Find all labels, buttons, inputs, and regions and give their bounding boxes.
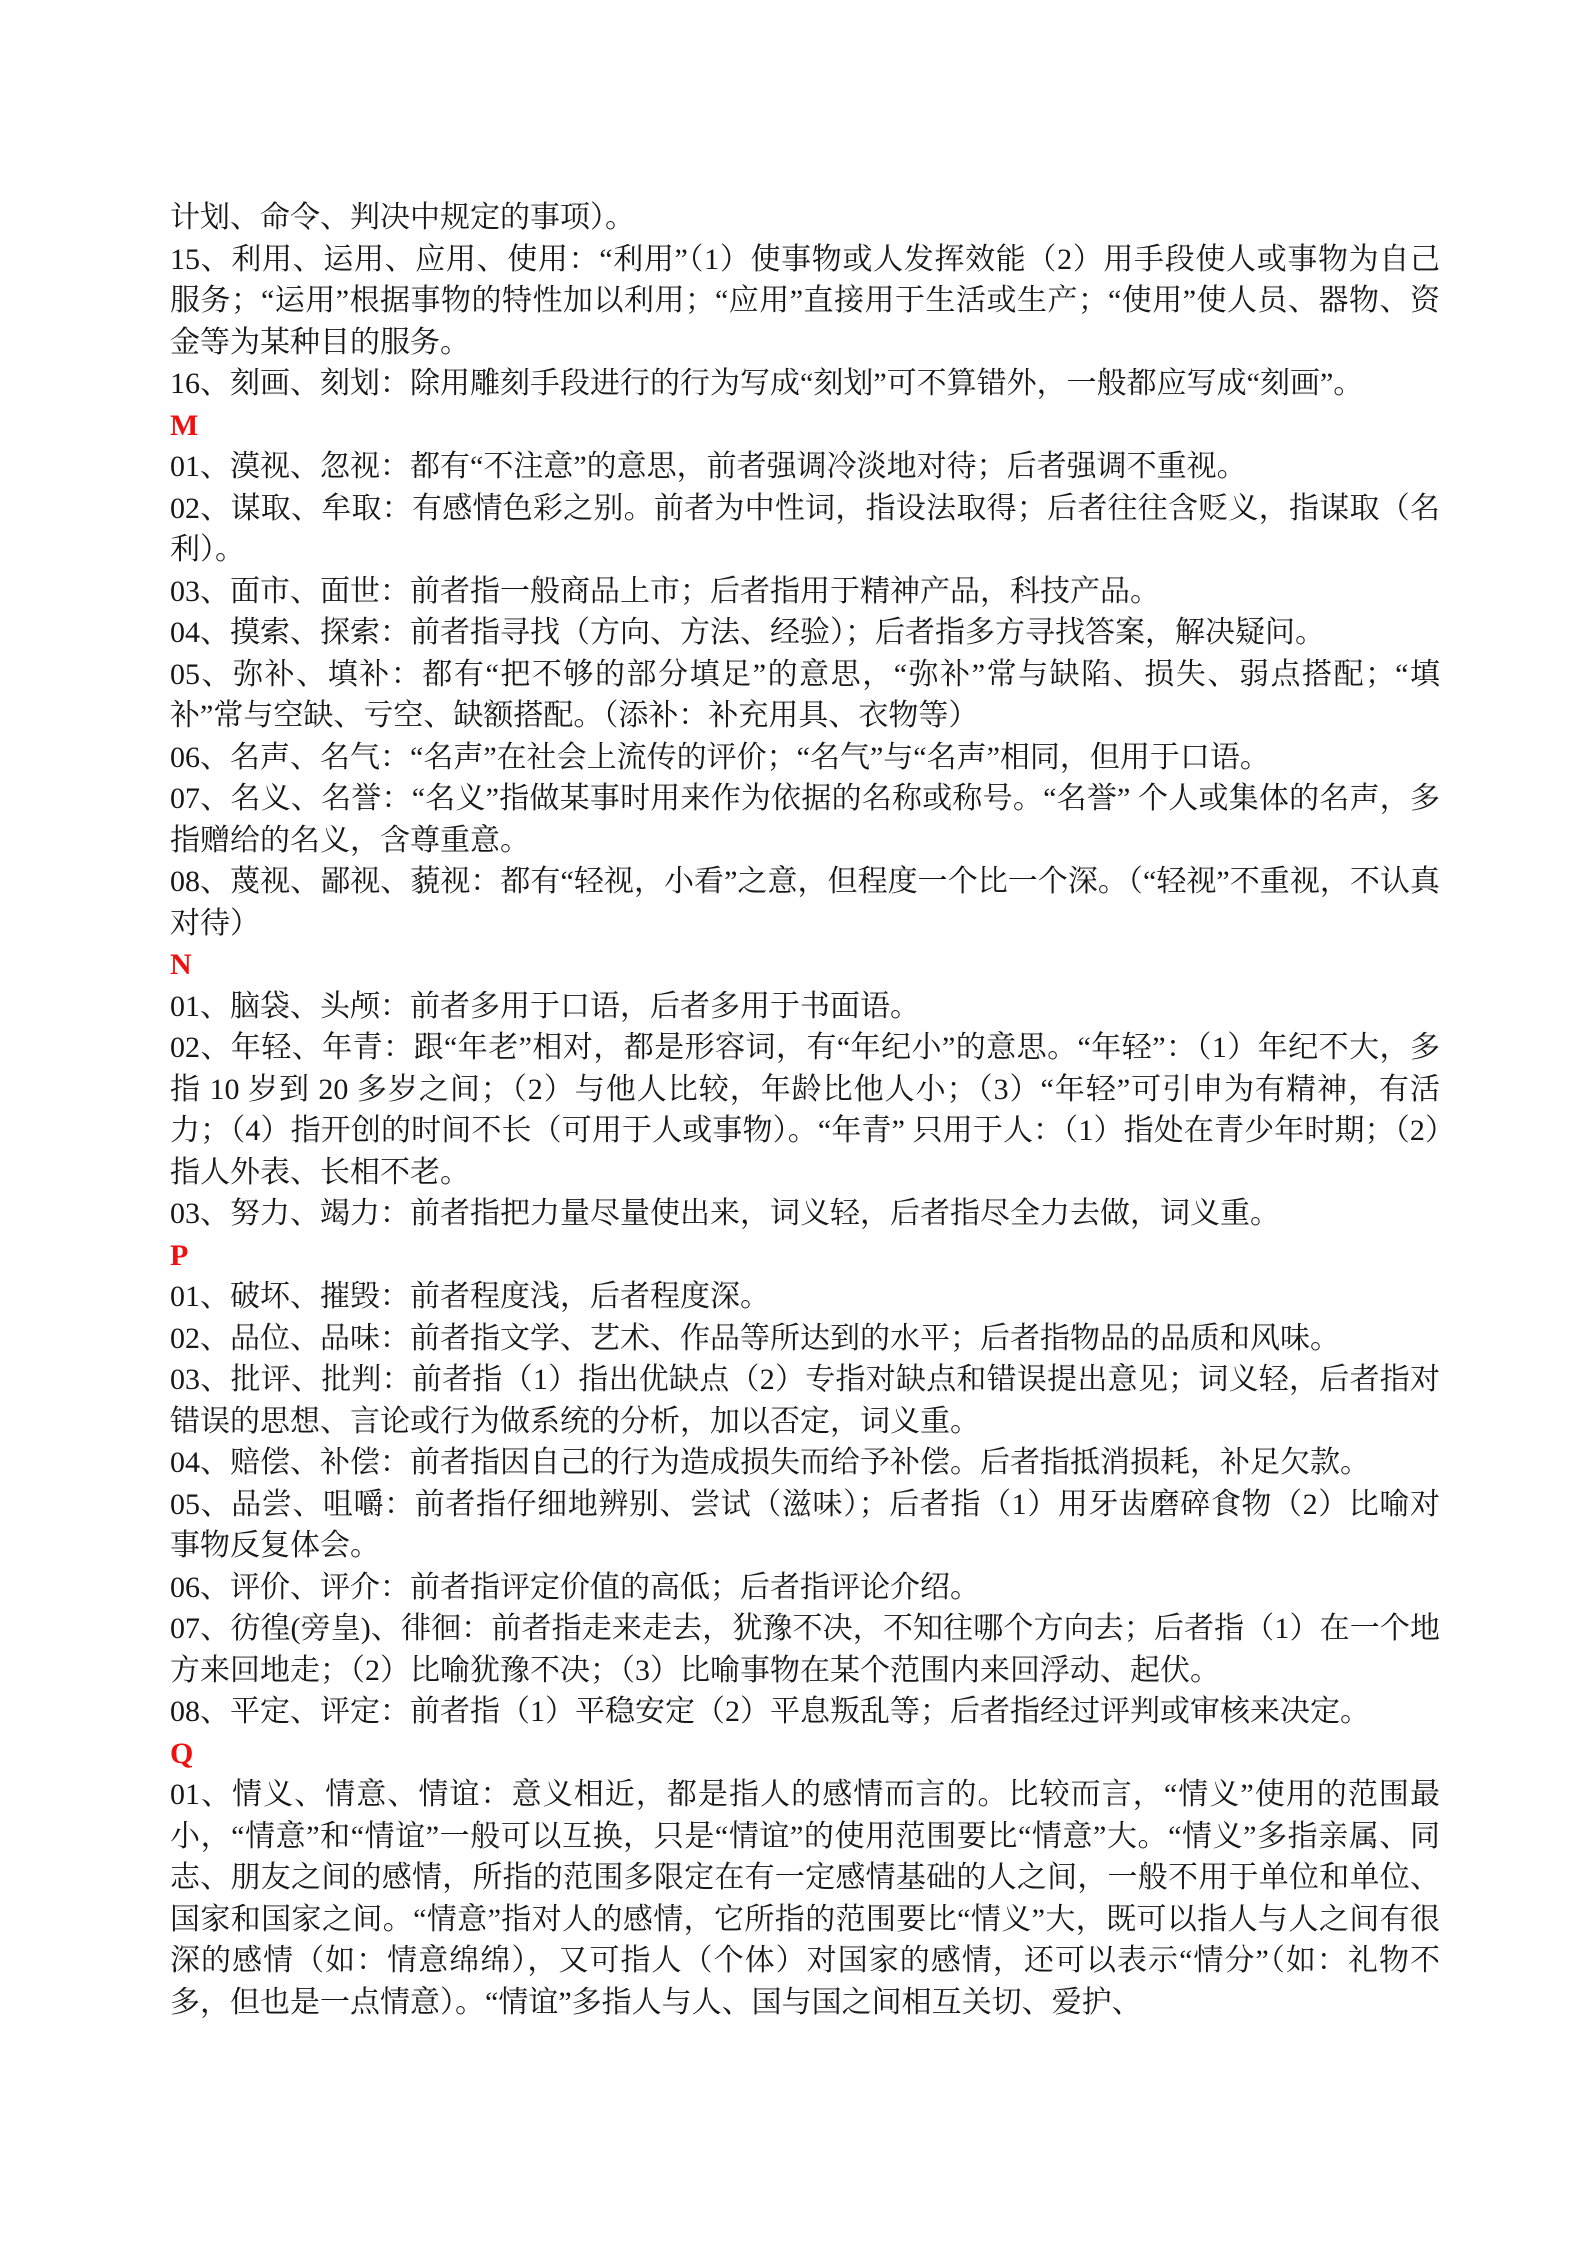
body-paragraph: 01、破坏、摧毁：前者程度浅，后者程度深。: [170, 1276, 1440, 1318]
body-paragraph: 07、彷徨(旁皇)、徘徊：前者指走来走去，犹豫不决，不知往哪个方向去；后者指（1…: [170, 1608, 1440, 1691]
document-page-content: 计划、命令、判决中规定的事项）。15、利用、运用、应用、使用：“利用”（1）使事…: [170, 197, 1440, 2023]
body-paragraph: 04、摸索、探索：前者指寻找（方向、方法、经验）；后者指多方寻找答案，解决疑问。: [170, 612, 1440, 654]
body-paragraph: 02、年轻、年青：跟“年老”相对，都是形容词，有“年纪小”的意思。“年轻”：（1…: [170, 1027, 1440, 1193]
body-paragraph: 16、刻画、刻划：除用雕刻手段进行的行为写成“刻划”可不算错外，一般都应写成“刻…: [170, 363, 1440, 405]
body-paragraph: 03、批评、批判：前者指（1）指出优缺点（2）专指对缺点和错误提出意见；词义轻，…: [170, 1359, 1440, 1442]
body-paragraph: 08、蔑视、鄙视、藐视：都有“轻视，小看”之意，但程度一个比一个深。（“轻视”不…: [170, 861, 1440, 944]
body-paragraph: 04、赔偿、补偿：前者指因自己的行为造成损失而给予补偿。后者指抵消损耗，补足欠款…: [170, 1442, 1440, 1484]
body-paragraph: 15、利用、运用、应用、使用：“利用”（1）使事物或人发挥效能（2）用手段使人或…: [170, 239, 1440, 364]
body-paragraph: 02、品位、品味：前者指文学、艺术、作品等所达到的水平；后者指物品的品质和风味。: [170, 1318, 1440, 1360]
section-letter-heading: Q: [170, 1733, 1440, 1775]
body-paragraph: 01、脑袋、头颅：前者多用于口语，后者多用于书面语。: [170, 986, 1440, 1028]
body-paragraph: 02、谋取、牟取：有感情色彩之别。前者为中性词，指设法取得；后者往往含贬义，指谋…: [170, 488, 1440, 571]
section-letter-heading: P: [170, 1235, 1440, 1277]
body-paragraph: 01、漠视、忽视：都有“不注意”的意思，前者强调冷淡地对待；后者强调不重视。: [170, 446, 1440, 488]
section-letter-heading: N: [170, 944, 1440, 986]
body-paragraph: 06、评价、评介：前者指评定价值的高低；后者指评论介绍。: [170, 1567, 1440, 1609]
body-paragraph: 08、平定、评定：前者指（1）平稳安定（2）平息叛乱等；后者指经过评判或审核来决…: [170, 1691, 1440, 1733]
section-letter-heading: M: [170, 405, 1440, 447]
body-paragraph: 05、弥补、填补：都有“把不够的部分填足”的意思，“弥补”常与缺陷、损失、弱点搭…: [170, 654, 1440, 737]
body-paragraph: 03、面市、面世：前者指一般商品上市；后者指用于精神产品，科技产品。: [170, 571, 1440, 613]
body-paragraph: 03、努力、竭力：前者指把力量尽量使出来，词义轻，后者指尽全力去做，词义重。: [170, 1193, 1440, 1235]
body-paragraph: 01、情义、情意、情谊：意义相近，都是指人的感情而言的。比较而言，“情义”使用的…: [170, 1774, 1440, 2023]
body-paragraph: 05、品尝、咀嚼：前者指仔细地辨别、尝试（滋味）；后者指（1）用牙齿磨碎食物（2…: [170, 1484, 1440, 1567]
body-paragraph: 06、名声、名气：“名声”在社会上流传的评价；“名气”与“名声”相同，但用于口语…: [170, 737, 1440, 779]
body-paragraph: 07、名义、名誉：“名义”指做某事时用来作为依据的名称或称号。“名誉” 个人或集…: [170, 778, 1440, 861]
body-paragraph: 计划、命令、判决中规定的事项）。: [170, 197, 1440, 239]
